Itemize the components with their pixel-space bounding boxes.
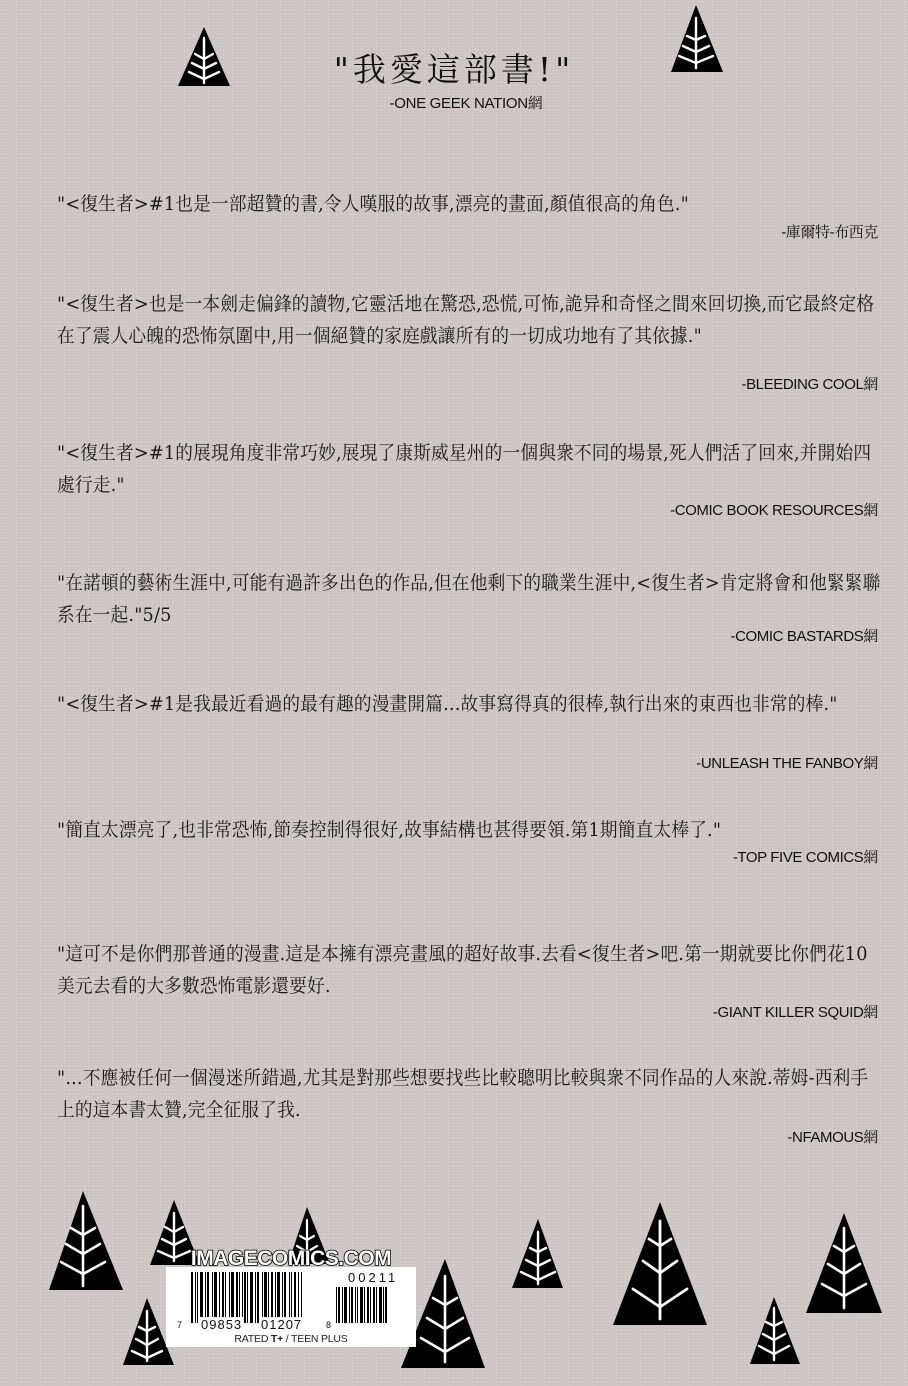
barcode-addon [336,1287,387,1323]
barcode-check-digit: 8 [326,1320,331,1330]
barcode-addon-digits: 00211 [348,1270,398,1285]
review-source: -BLEEDING COOL網 [741,373,878,394]
barcode-card: 00211 7 09853 01207 8 RATED T+ / TEEN PL… [166,1267,416,1347]
age-rating: RATED T+ / TEEN PLUS [166,1333,416,1345]
rating-code: T+ [271,1333,283,1345]
review-quote: "<復生者>也是一本劍走偏鋒的讀物,它靈活地在驚恐,恐慌,可怖,詭异和奇怪之間來… [57,288,883,352]
rating-separator: / [283,1333,291,1345]
review-quote: "...不應被任何一個漫迷所錯過,尤其是對那些想要找些比較聰明比較與衆不同作品的… [57,1062,883,1126]
headline-quote: "我愛這部書!" [0,44,908,91]
review-source: -COMIC BASTARDS網 [731,625,879,646]
barcode-lead-digit: 7 [177,1320,182,1330]
review-source: -TOP FIVE COMICS網 [733,846,878,867]
publisher-url: IMAGECOMICS.COM [166,1249,416,1269]
headline-source: -ONE GEEK NATION網 [0,92,908,113]
review-quote: "<復生者>#1是我最近看過的最有趣的漫畫開篇...故事寫得真的很棒,執行出來的… [57,688,883,720]
review-source: -NFAMOUS網 [787,1126,878,1147]
pine-tree-icon [804,1212,884,1315]
review-quote: "這可不是你們那普通的漫畫.這是本擁有漂亮畫風的超好故事.去看<復生者>吧.第一… [57,938,883,1002]
review-source: -UNLEASH THE FANBOY網 [696,752,878,773]
review-source: -庫爾特-布西克 [781,221,878,242]
rating-text: TEEN PLUS [291,1333,348,1345]
review-quote: "<復生者>#1也是一部超贊的書,令人嘆服的故事,漂亮的畫面,顏值很高的角色." [57,188,883,220]
review-source: -COMIC BOOK RESOURCES網 [670,499,878,520]
pine-tree-icon [510,1218,565,1290]
rating-prefix: RATED [234,1333,271,1345]
review-quote: "<復生者>#1的展現角度非常巧妙,展現了康斯威星州的一個與衆不同的場景,死人們… [57,437,883,501]
pine-tree-icon [47,1190,125,1292]
barcode-right-digits: 01207 [260,1317,303,1332]
review-source: -GIANT KILLER SQUID網 [713,1001,878,1022]
barcode-left-digits: 09853 [200,1317,243,1332]
pine-tree-icon [611,1201,709,1327]
pine-tree-icon [748,1296,802,1366]
review-quote: "簡直太漂亮了,也非常恐怖,節奏控制得很好,故事結構也甚得要領.第1期簡直太棒了… [57,814,883,846]
review-quote: "在諾頓的藝術生涯中,可能有過許多出色的作品,但在他剩下的職業生涯中,<復生者>… [57,567,883,631]
barcode-main [191,1272,302,1323]
barcode-label: 00211 7 09853 01207 8 RATED T+ / TEEN PL… [166,1249,416,1349]
